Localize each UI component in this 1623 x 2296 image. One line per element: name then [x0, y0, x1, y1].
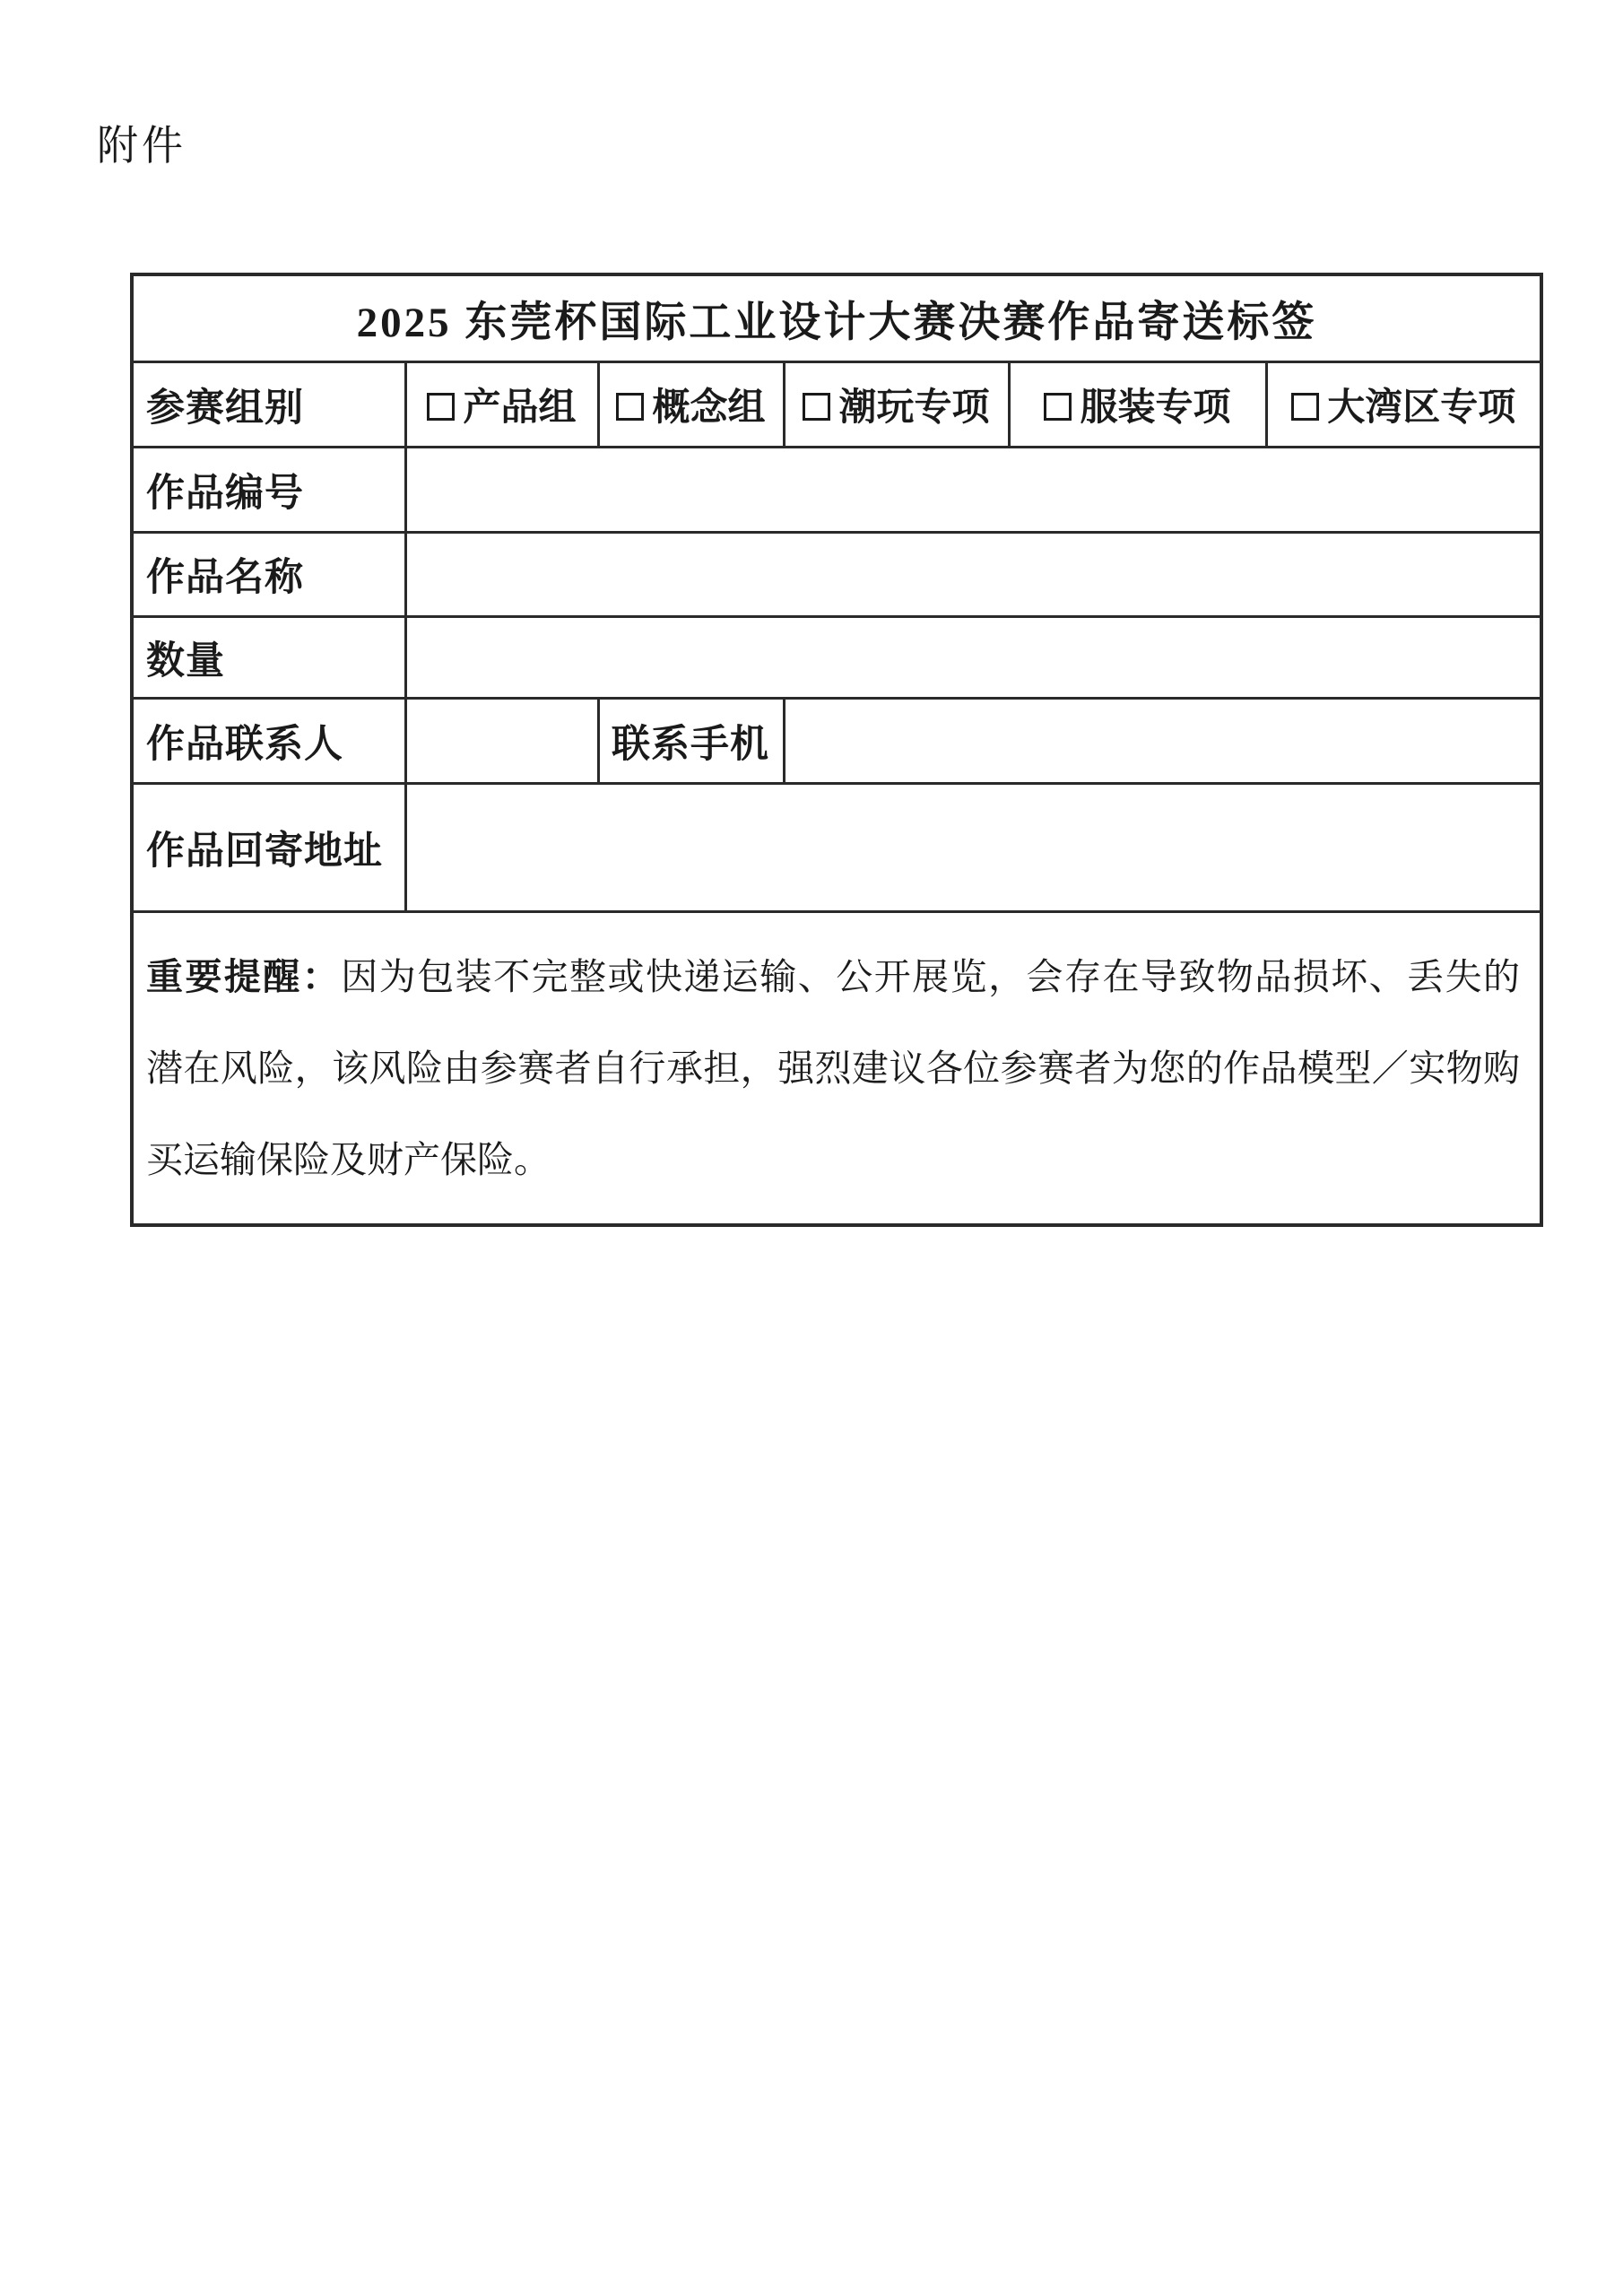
phone-label: 联系手机: [598, 699, 784, 784]
attachment-label: 附件: [97, 113, 187, 172]
entry-name-row: 作品名称: [132, 533, 1541, 617]
checkbox-icon[interactable]: [803, 393, 830, 421]
quantity-label: 数量: [132, 617, 405, 699]
option-fashion-special[interactable]: 服装专项: [1009, 362, 1266, 448]
shipping-label-form-table: 2025 东莞杯国际工业设计大赛决赛作品寄送标签 参赛组别 产品组 概念组 潮玩…: [130, 273, 1543, 1227]
option-label: 服装专项: [1080, 387, 1230, 429]
notice-text: 因为包装不完整或快递运输、公开展览，会存在导致物品损坏、丢失的: [341, 956, 1520, 997]
checkbox-icon[interactable]: [616, 393, 644, 421]
option-label: 潮玩专项: [838, 387, 989, 429]
notice-line-2: 潜在风险，该风险由参赛者自行承担，强烈建议各位参赛者为您的作品模型／实物购: [146, 1022, 1520, 1114]
return-address-row: 作品回寄地址: [132, 784, 1541, 912]
notice-line-1: 重要提醒：因为包装不完整或快递运输、公开展览，会存在导致物品损坏、丢失的: [146, 931, 1520, 1022]
option-product-group[interactable]: 产品组: [405, 362, 598, 448]
table-title: 2025 东莞杯国际工业设计大赛决赛作品寄送标签: [132, 274, 1541, 362]
return-address-label: 作品回寄地址: [132, 784, 405, 912]
quantity-row: 数量: [132, 617, 1541, 699]
group-row: 参赛组别 产品组 概念组 潮玩专项 服装专项 大湾区专项: [132, 362, 1541, 448]
option-concept-group[interactable]: 概念组: [598, 362, 784, 448]
checkbox-icon[interactable]: [1291, 393, 1319, 421]
contact-name-field[interactable]: [405, 699, 598, 784]
entry-name-field[interactable]: [405, 533, 1541, 617]
option-trendy-toy-special[interactable]: 潮玩专项: [784, 362, 1009, 448]
contact-row: 作品联系人 联系手机: [132, 699, 1541, 784]
notice-line-3: 买运输保险及财产保险。: [146, 1114, 1520, 1205]
notice-prefix: 重要提醒：: [146, 956, 341, 997]
table-title-row: 2025 东莞杯国际工业设计大赛决赛作品寄送标签: [132, 274, 1541, 362]
entry-number-label: 作品编号: [132, 448, 405, 533]
group-row-label: 参赛组别: [132, 362, 405, 448]
return-address-field[interactable]: [405, 784, 1541, 912]
contact-label: 作品联系人: [132, 699, 405, 784]
entry-number-row: 作品编号: [132, 448, 1541, 533]
option-label: 大湾区专项: [1327, 387, 1515, 429]
quantity-field[interactable]: [405, 617, 1541, 699]
checkbox-icon[interactable]: [427, 393, 455, 421]
notice-row: 重要提醒：因为包装不完整或快递运输、公开展览，会存在导致物品损坏、丢失的 潜在风…: [132, 912, 1541, 1226]
option-greater-bay-area-special[interactable]: 大湾区专项: [1266, 362, 1541, 448]
phone-field[interactable]: [784, 699, 1541, 784]
entry-name-label: 作品名称: [132, 533, 405, 617]
notice-cell: 重要提醒：因为包装不完整或快递运输、公开展览，会存在导致物品损坏、丢失的 潜在风…: [132, 912, 1541, 1226]
option-label: 产品组: [463, 387, 576, 429]
checkbox-icon[interactable]: [1044, 393, 1072, 421]
entry-number-field[interactable]: [405, 448, 1541, 533]
document-page: 附件 2025 东莞杯国际工业设计大赛决赛作品寄送标签 参赛组别 产品组 概念组…: [0, 0, 1623, 2296]
option-label: 概念组: [652, 387, 765, 429]
